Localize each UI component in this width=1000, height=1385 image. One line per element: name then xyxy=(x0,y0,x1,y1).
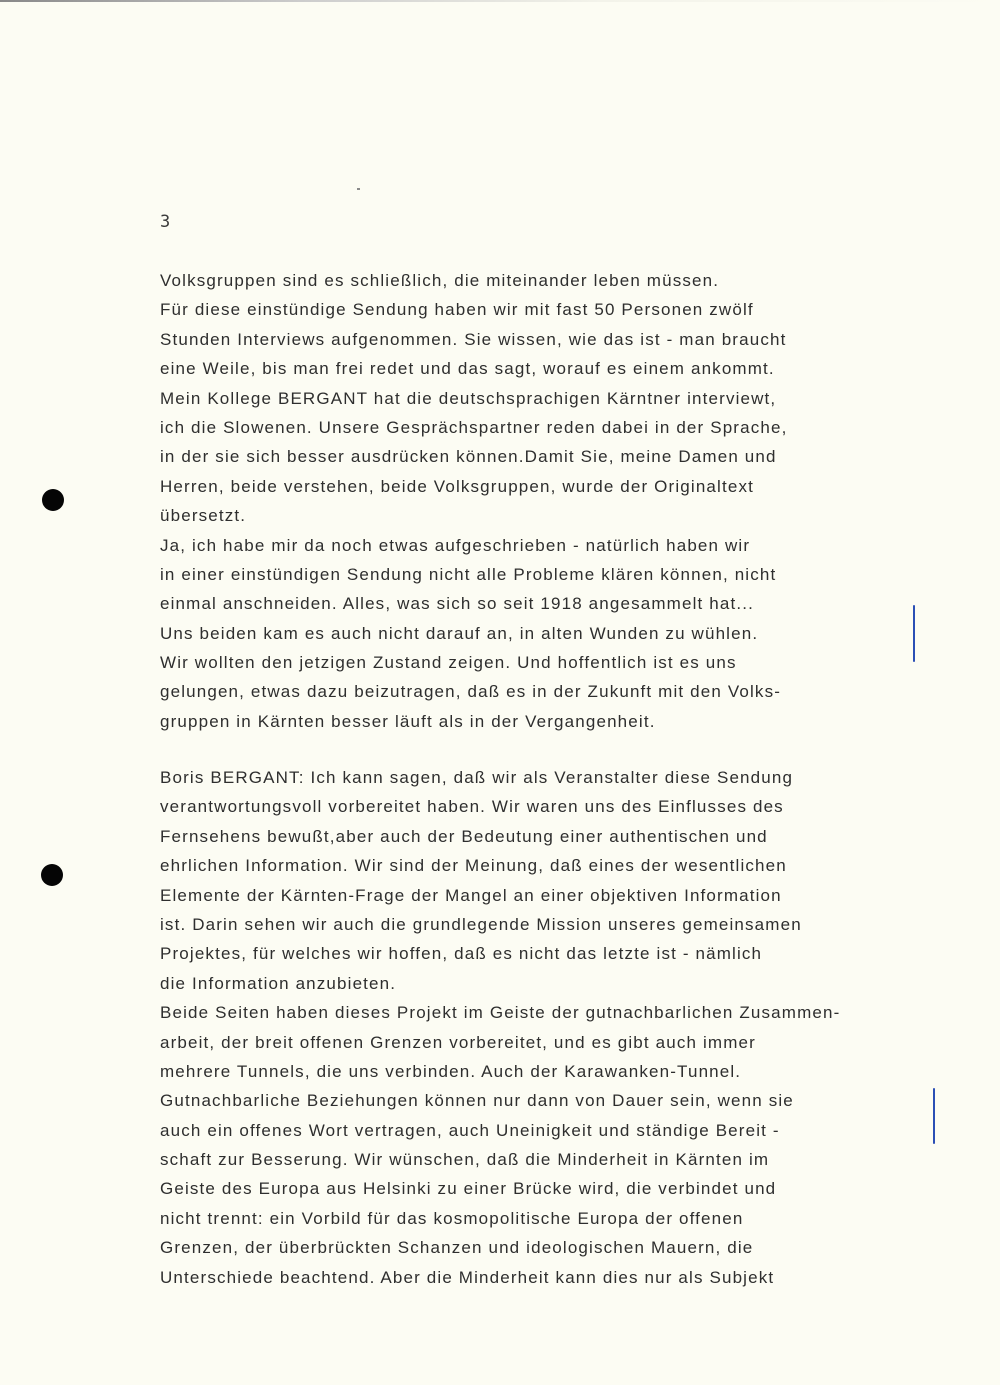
text-line: Gutnachbarliche Beziehungen können nur d… xyxy=(160,1086,840,1115)
text-line: Fernsehens bewußt,aber auch der Bedeutun… xyxy=(160,822,840,851)
page-number: 3 xyxy=(160,212,170,232)
punch-hole-icon xyxy=(42,489,64,511)
text-line: die Information anzubieten. xyxy=(160,969,840,998)
text-line: ehrlichen Information. Wir sind der Mein… xyxy=(160,851,840,880)
text-line: Projektes, für welches wir hoffen, daß e… xyxy=(160,939,840,968)
paragraph-block-bergant: Boris BERGANT: Ich kann sagen, daß wir a… xyxy=(160,763,840,1292)
text-line: in einer einstündigen Sendung nicht alle… xyxy=(160,560,787,589)
text-line: auch ein offenes Wort vertragen, auch Un… xyxy=(160,1116,840,1145)
text-line: Geiste des Europa aus Helsinki zu einer … xyxy=(160,1174,840,1203)
text-line: Volksgruppen sind es schließlich, die mi… xyxy=(160,266,787,295)
text-line: verantwortungsvoll vorbereitet haben. Wi… xyxy=(160,792,840,821)
text-line: einmal anschneiden. Alles, was sich so s… xyxy=(160,589,787,618)
text-line: mehrere Tunnels, die uns verbinden. Auch… xyxy=(160,1057,840,1086)
text-line: Uns beiden kam es auch nicht darauf an, … xyxy=(160,619,787,648)
text-line: ist. Darin sehen wir auch die grundlegen… xyxy=(160,910,840,939)
text-line: ich die Slowenen. Unsere Gesprächspartne… xyxy=(160,413,787,442)
scan-speck xyxy=(357,188,360,190)
text-line: Mein Kollege BERGANT hat die deutschspra… xyxy=(160,384,787,413)
scan-edge xyxy=(0,0,1000,2)
text-line: Elemente der Kärnten-Frage der Mangel an… xyxy=(160,881,840,910)
text-line: Für diese einstündige Sendung haben wir … xyxy=(160,295,787,324)
paragraph-block-moderator: Volksgruppen sind es schließlich, die mi… xyxy=(160,266,787,736)
text-line: Unterschiede beachtend. Aber die Minderh… xyxy=(160,1263,840,1292)
text-line: in der sie sich besser ausdrücken können… xyxy=(160,442,787,471)
text-line: schaft zur Besserung. Wir wünschen, daß … xyxy=(160,1145,840,1174)
text-line: Ja, ich habe mir da noch etwas aufgeschr… xyxy=(160,531,787,560)
margin-pen-mark xyxy=(933,1088,935,1144)
text-line: nicht trennt: ein Vorbild für das kosmop… xyxy=(160,1204,840,1233)
text-line: Wir wollten den jetzigen Zustand zeigen.… xyxy=(160,648,787,677)
document-page: 3 Volksgruppen sind es schließlich, die … xyxy=(0,0,1000,1385)
text-line: gruppen in Kärnten besser läuft als in d… xyxy=(160,707,787,736)
text-line: übersetzt. xyxy=(160,501,787,530)
text-line: Stunden Interviews aufgenommen. Sie wiss… xyxy=(160,325,787,354)
text-line: eine Weile, bis man frei redet und das s… xyxy=(160,354,787,383)
text-line: arbeit, der breit offenen Grenzen vorber… xyxy=(160,1028,840,1057)
text-line: Beide Seiten haben dieses Projekt im Gei… xyxy=(160,998,840,1027)
margin-pen-mark xyxy=(913,605,915,662)
punch-hole-icon xyxy=(41,864,63,886)
text-line: Herren, beide verstehen, beide Volksgrup… xyxy=(160,472,787,501)
text-line: Boris BERGANT: Ich kann sagen, daß wir a… xyxy=(160,763,840,792)
text-line: Grenzen, der überbrückten Schanzen und i… xyxy=(160,1233,840,1262)
text-line: gelungen, etwas dazu beizutragen, daß es… xyxy=(160,677,787,706)
